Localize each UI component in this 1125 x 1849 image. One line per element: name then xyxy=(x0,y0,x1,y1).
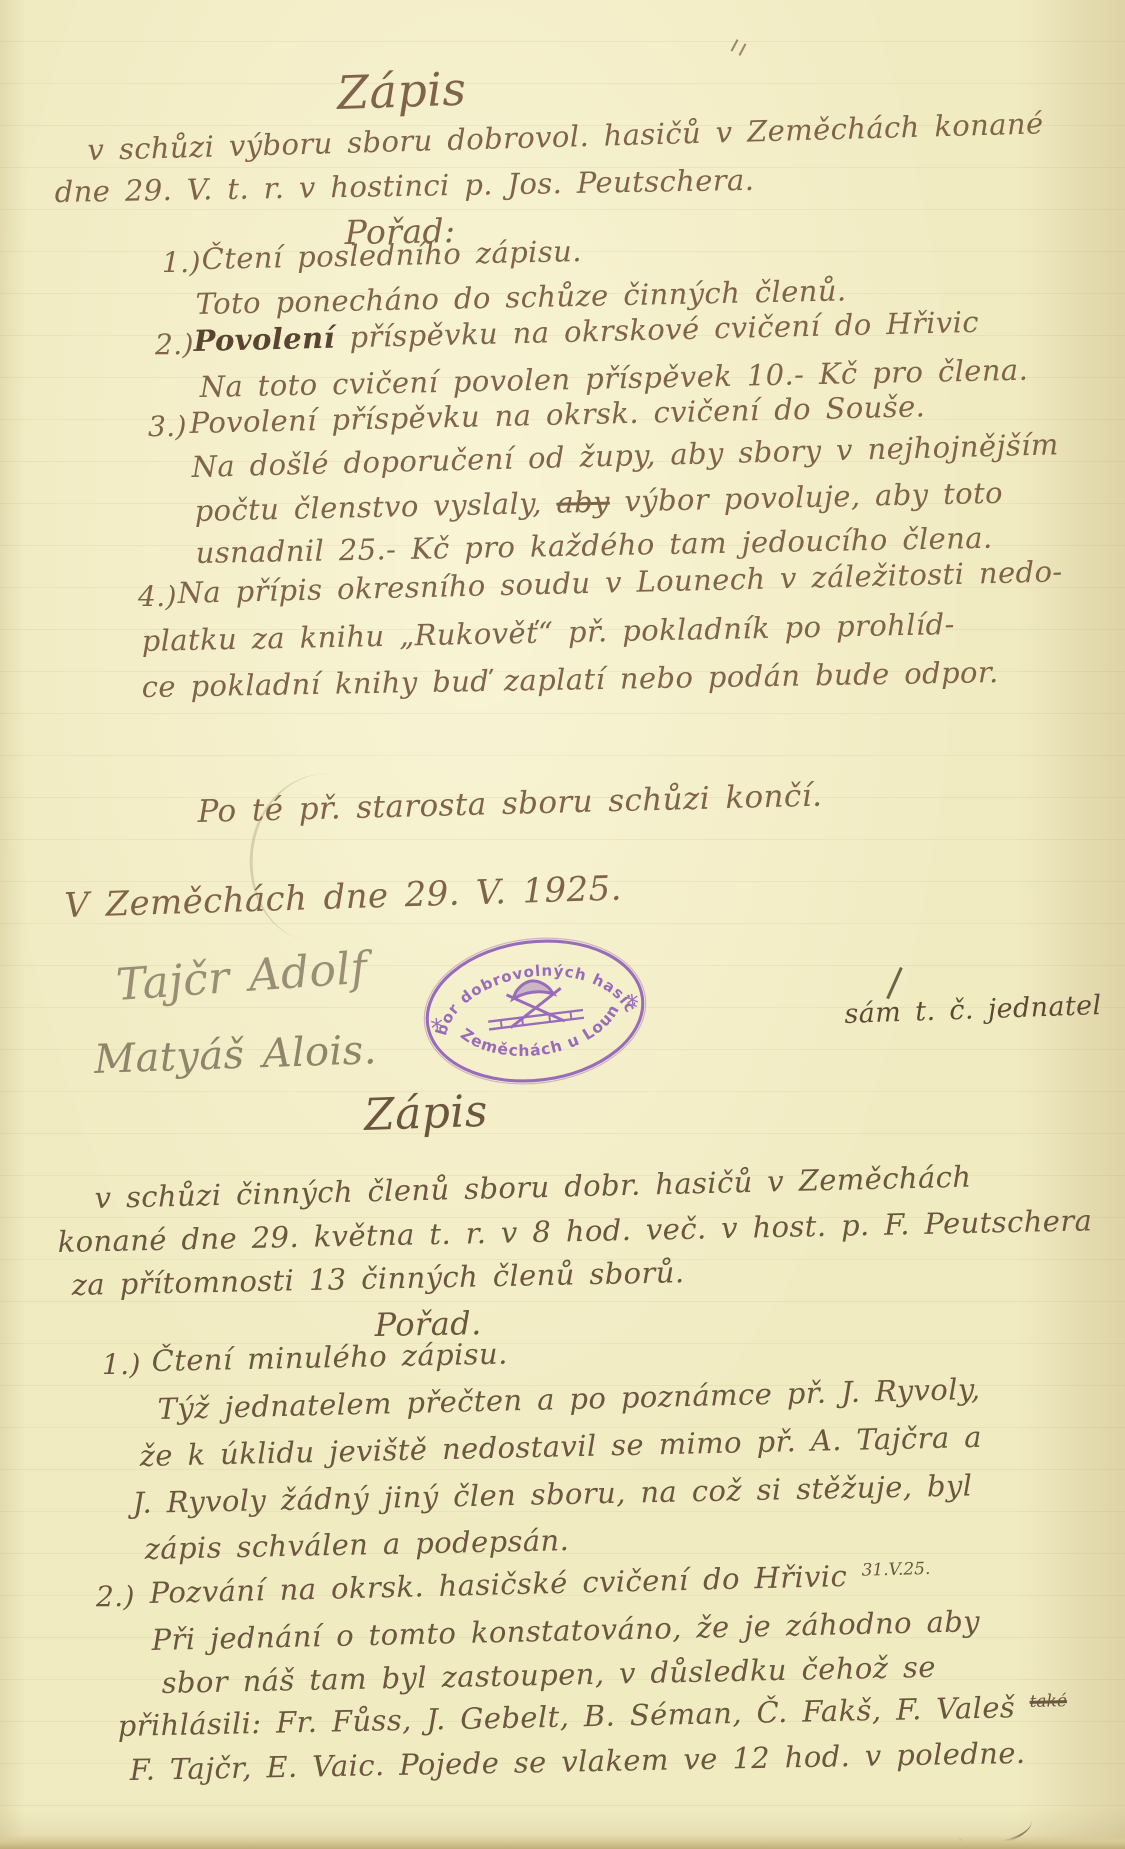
book-page-edges xyxy=(1061,0,1125,1849)
section2-item2-line-3: sbor náš tam byl zastoupen, v důsledku č… xyxy=(161,1652,936,1700)
section1-intro-line-2: dne 29. V. t. r. v hostinci p. Jos. Peut… xyxy=(54,165,754,209)
section1-item3-line-2: Na došlé doporučení od župy, aby sbory v… xyxy=(191,429,1059,484)
section2-intro-line-2: konané dne 29. května t. r. v 8 hod. več… xyxy=(57,1205,1092,1259)
section1-item4-number: 4.) xyxy=(138,582,177,613)
section2-item1-line-2: Týž jednatelem přečten a po poznámce př.… xyxy=(157,1374,981,1426)
signature-matyas-alois: Matyáš Alois. xyxy=(93,1028,377,1082)
section2-item1-line-4: J. Ryvoly žádný jiný člen sboru, na což … xyxy=(132,1470,972,1519)
pen-slash-mark xyxy=(886,967,902,999)
section2-item1-number: 1.) xyxy=(102,1350,141,1381)
stamp-graphic: Sbor dobrovolných hasičů v Zeměchách u L… xyxy=(409,919,660,1102)
section1-item2-number: 2.) xyxy=(155,330,194,361)
section2-item2-line-4-text: přihlásili: Fr. Fůss, J. Gebelt, B. Séma… xyxy=(117,1690,1015,1743)
section1-item3-line-3a: počtu členstvo vyslaly, xyxy=(194,486,542,528)
section1-item4-line-2: platku za knihu „Rukověť“ př. pokladník … xyxy=(141,609,955,658)
section2-item2-date-note: 31.V.25. xyxy=(861,1559,930,1581)
section2-item2-line-4: přihlásili: Fr. Fůss, J. Gebelt, B. Séma… xyxy=(117,1691,1067,1743)
section1-item3-number: 3.) xyxy=(148,412,187,443)
signature-tajcr-adolf: Tajčr Adolf xyxy=(115,945,369,1011)
section1-item1-number: 1.) xyxy=(162,248,201,279)
section1-intro-line-1: v schůzi výboru sboru dobrovol. hasičů v… xyxy=(87,108,1044,167)
section2-item2-number: 2.) xyxy=(96,1582,135,1613)
section1-dateline: V Zeměchách dne 29. V. 1925. xyxy=(64,871,623,926)
section2-item2-line-2: Při jednání o tomto konstatováno, že je … xyxy=(151,1606,980,1657)
page-bottom-edge xyxy=(0,1835,1125,1849)
section2-item2-line-5: F. Tajčr, E. Vaic. Pojede se vlakem ve 1… xyxy=(129,1738,1025,1787)
section2-item2-line-1-text: Pozvání na okrsk. hasičské cvičení do Hř… xyxy=(149,1559,847,1610)
section1-item4-line-3: ce pokladní knihy buď zaplatí nebo podán… xyxy=(141,657,998,704)
section2-item1-line-1: Čtení minulého zápisu. xyxy=(151,1339,508,1378)
section1-item3-line-3b: výbor povoluje, aby toto xyxy=(624,476,1003,519)
section2-title: Zápis xyxy=(363,1088,488,1141)
section2-intro-line-3: za přítomnosti 13 činných členů sborů. xyxy=(71,1257,684,1302)
section1-item2-emphasized-word: Povolení xyxy=(193,321,335,358)
scanned-minutes-page: Zápis v schůzi výboru sboru dobrovol. ha… xyxy=(0,0,1125,1849)
section2-item1-line-3: že k úklidu jeviště nedostavil se mimo p… xyxy=(139,1422,982,1473)
firefighters-rubber-stamp: Sbor dobrovolných hasičů v Zeměchách u L… xyxy=(409,919,660,1102)
stamp-star-right-icon: * xyxy=(625,988,641,1019)
section1-item3-line-3: počtu členstvo vyslaly, aby výbor povolu… xyxy=(194,478,1003,528)
section2-item1-line-5: zápis schválen a podepsán. xyxy=(144,1525,569,1566)
section1-title: Zápis xyxy=(336,64,467,119)
ink-mark xyxy=(731,39,747,56)
section2-intro-line-1: v schůzi činných členů sboru dobr. hasič… xyxy=(94,1162,972,1215)
section1-item3-struck-word: aby xyxy=(556,485,610,520)
section2-item2-line-1: Pozvání na okrsk. hasičské cvičení do Hř… xyxy=(149,1559,931,1610)
section1-item1-line-1: Čtení posledního zápisu. xyxy=(201,236,582,276)
